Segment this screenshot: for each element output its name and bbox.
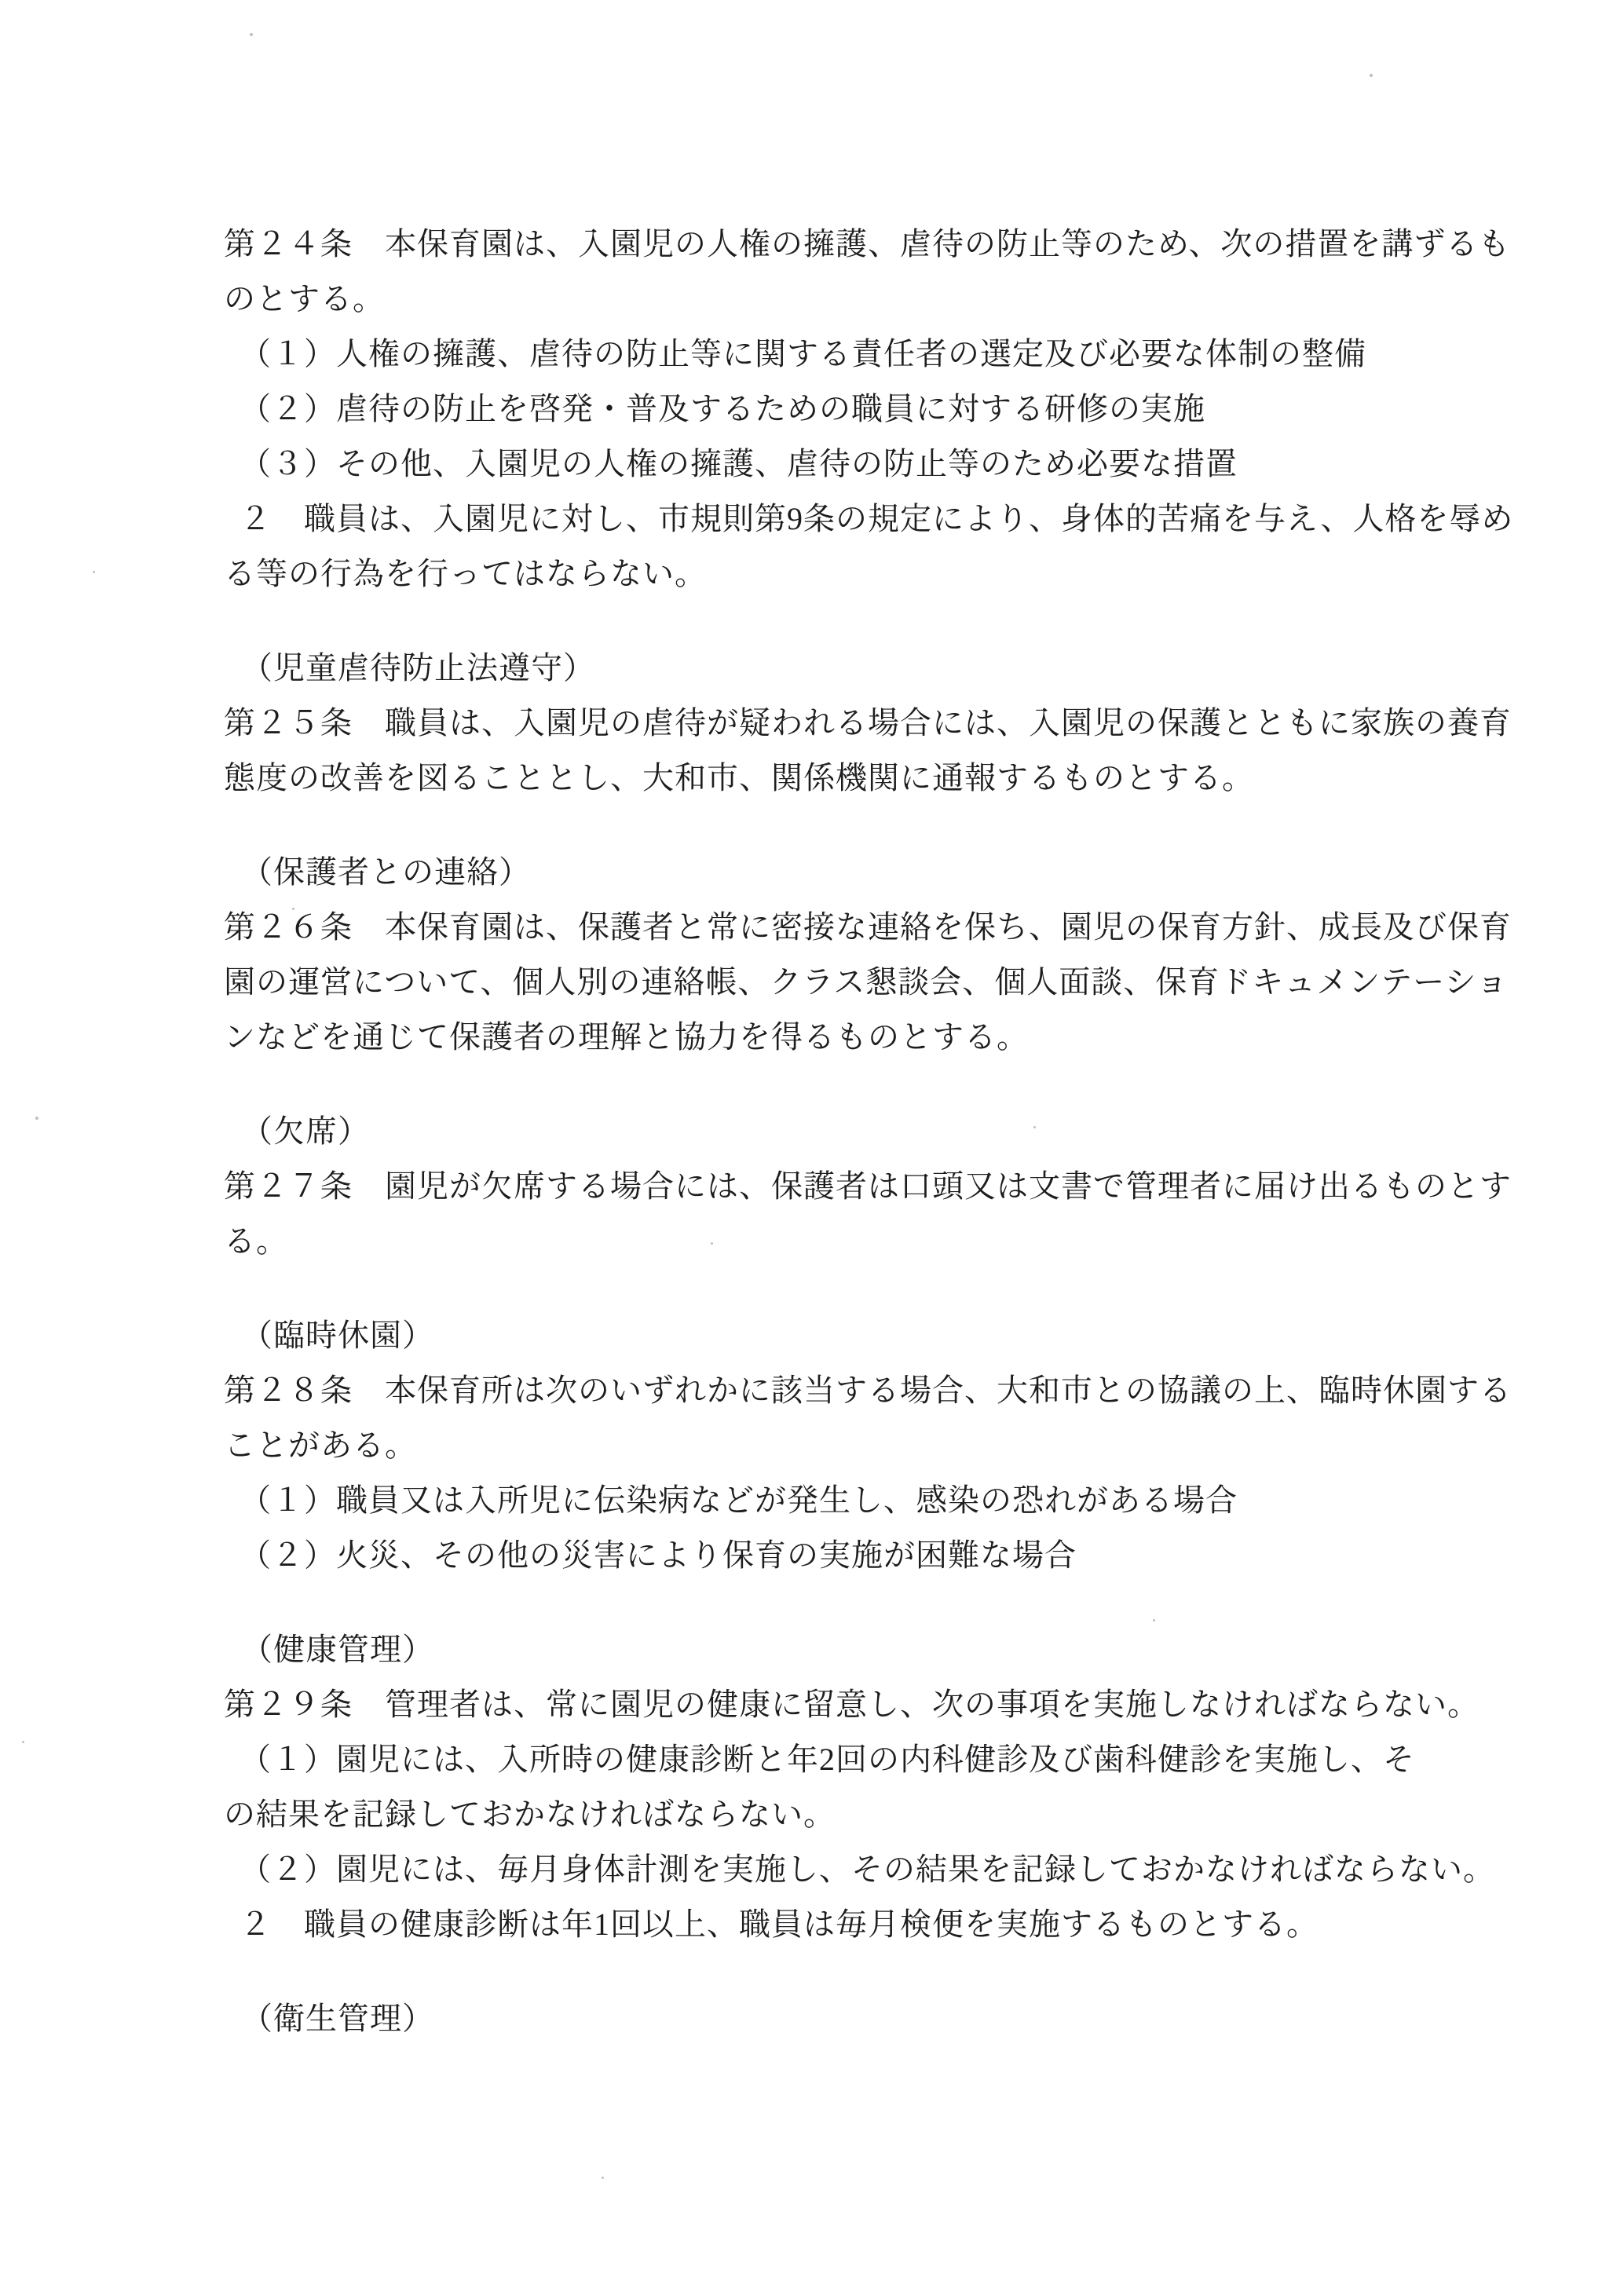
text-line: （１）人権の擁護、虐待の防止等に関する責任者の選定及び必要な体制の整備 bbox=[224, 327, 1523, 382]
text-line: （２）火災、その他の災害により保育の実施が困難な場合 bbox=[224, 1528, 1523, 1583]
section-heading: （健康管理） bbox=[224, 1622, 1523, 1677]
scan-speck bbox=[93, 571, 95, 573]
text-line: 第２８条 本保育所は次のいずれかに該当する場合、大和市との協議の上、臨時休園する bbox=[224, 1363, 1523, 1418]
scan-speck bbox=[1033, 1126, 1036, 1128]
scan-speck bbox=[602, 2177, 604, 2179]
text-line: 第２９条 管理者は、常に園児の健康に留意し、次の事項を実施しなければならない。 bbox=[224, 1677, 1523, 1732]
document-body: 第２４条 本保育園は、入園児の人権の擁護、虐待の防止等のため、次の措置を講ずるも… bbox=[224, 217, 1523, 2046]
text-line: 第２７条 園児が欠席する場合には、保護者は口頭又は文書で管理者に届け出るものとす bbox=[224, 1159, 1523, 1214]
scan-speck bbox=[35, 1117, 38, 1120]
document-section: （保護者との連絡）第２６条 本保育園は、保護者と常に密接な連絡を保ち、園児の保育… bbox=[224, 845, 1523, 1065]
section-heading: （保護者との連絡） bbox=[224, 845, 1523, 900]
text-line: 態度の改善を図ることとし、大和市、関係機関に通報するものとする。 bbox=[224, 751, 1523, 806]
scan-speck bbox=[1153, 1619, 1155, 1621]
section-heading: （欠席） bbox=[224, 1104, 1523, 1159]
section-heading: （衛生管理） bbox=[224, 1991, 1523, 2046]
text-line: 第２６条 本保育園は、保護者と常に密接な連絡を保ち、園児の保育方針、成長及び保育 bbox=[224, 900, 1523, 955]
document-section: （臨時休園）第２８条 本保育所は次のいずれかに該当する場合、大和市との協議の上、… bbox=[224, 1308, 1523, 1583]
scan-speck bbox=[22, 1741, 24, 1743]
text-line: のとする。 bbox=[224, 272, 1523, 327]
document-section: 第２４条 本保育園は、入園児の人権の擁護、虐待の防止等のため、次の措置を講ずるも… bbox=[224, 217, 1523, 601]
text-line: 第２４条 本保育園は、入園児の人権の擁護、虐待の防止等のため、次の措置を講ずるも bbox=[224, 217, 1523, 272]
text-line: ンなどを通じて保護者の理解と協力を得るものとする。 bbox=[224, 1010, 1523, 1065]
text-line: 園の運営について、個人別の連絡帳、クラス懇談会、個人面談、保育ドキュメンテーショ bbox=[224, 955, 1523, 1010]
scan-speck bbox=[1370, 74, 1373, 77]
text-line: の結果を記録しておかなければならない。 bbox=[224, 1787, 1523, 1842]
text-line: る等の行為を行ってはならない。 bbox=[224, 547, 1523, 601]
section-heading: （臨時休園） bbox=[224, 1308, 1523, 1363]
text-line: ことがある。 bbox=[224, 1418, 1523, 1473]
text-line: （１）園児には、入所時の健康診断と年2回の内科健診及び歯科健診を実施し、そ bbox=[224, 1732, 1523, 1787]
document-section: （衛生管理） bbox=[224, 1991, 1523, 2046]
scan-speck bbox=[250, 33, 253, 36]
text-line: （２）虐待の防止を啓発・普及するための職員に対する研修の実施 bbox=[224, 382, 1523, 437]
text-line: 第２５条 職員は、入園児の虐待が疑われる場合には、入園児の保護とともに家族の養育 bbox=[224, 696, 1523, 751]
document-section: （健康管理）第２９条 管理者は、常に園児の健康に留意し、次の事項を実施しなければ… bbox=[224, 1622, 1523, 1952]
text-line: ２ 職員は、入園児に対し、市規則第9条の規定により、身体的苦痛を与え、人格を辱め bbox=[224, 492, 1523, 547]
text-line: （３）その他、入園児の人権の擁護、虐待の防止等のため必要な措置 bbox=[224, 437, 1523, 492]
text-line: （２）園児には、毎月身体計測を実施し、その結果を記録しておかなければならない。 bbox=[224, 1842, 1523, 1897]
document-page: 第２４条 本保育園は、入園児の人権の擁護、虐待の防止等のため、次の措置を講ずるも… bbox=[0, 0, 1624, 2296]
document-section: （欠席）第２７条 園児が欠席する場合には、保護者は口頭又は文書で管理者に届け出る… bbox=[224, 1104, 1523, 1269]
document-section: （児童虐待防止法遵守）第２５条 職員は、入園児の虐待が疑われる場合には、入園児の… bbox=[224, 641, 1523, 806]
section-heading: （児童虐待防止法遵守） bbox=[224, 641, 1523, 696]
text-line: る。 bbox=[224, 1214, 1523, 1269]
text-line: （１）職員又は入所児に伝染病などが発生し、感染の恐れがある場合 bbox=[224, 1473, 1523, 1528]
scan-speck bbox=[292, 908, 294, 910]
text-line: ２ 職員の健康診断は年1回以上、職員は毎月検便を実施するものとする。 bbox=[224, 1897, 1523, 1952]
scan-speck bbox=[711, 1242, 713, 1245]
